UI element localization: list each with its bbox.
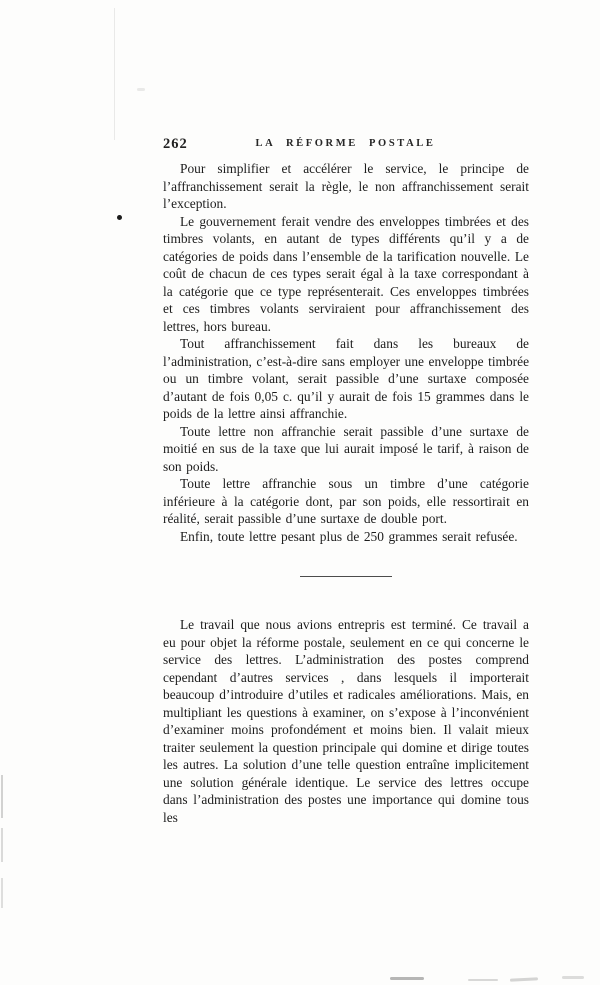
scan-artifact-line <box>1 775 3 818</box>
paragraph: Toute lettre affranchie sous un timbre d… <box>163 475 529 528</box>
scan-artifact-smudge <box>468 979 498 981</box>
scan-artifact-smudge <box>562 976 584 979</box>
paragraph: Tout affranchissement fait dans les bure… <box>163 335 529 423</box>
body-text-column: Pour simplifier et accélérer le service,… <box>163 160 529 826</box>
scan-artifact-line <box>114 8 115 140</box>
scan-artifact-smudge <box>137 88 145 91</box>
page-header: 262 LA RÉFORME POSTALE <box>163 136 528 153</box>
paragraph: Toute lettre non affranchie serait passi… <box>163 423 529 476</box>
scan-artifact-line <box>1 828 3 862</box>
paragraph: Le gouvernement ferait vendre des envelo… <box>163 213 529 336</box>
book-page-scan: 262 LA RÉFORME POSTALE Pour simplifier e… <box>0 0 600 985</box>
running-title: LA RÉFORME POSTALE <box>163 138 528 149</box>
scan-artifact-smudge <box>390 977 424 980</box>
scan-artifact-smudge <box>510 977 538 981</box>
scan-artifact-line <box>1 878 3 908</box>
paragraph: Le travail que nous avions entrepris est… <box>163 616 529 826</box>
margin-ink-dot <box>117 215 122 220</box>
paragraph: Enfin, toute lettre pesant plus de 250 g… <box>163 528 529 546</box>
paragraph: Pour simplifier et accélérer le service,… <box>163 160 529 213</box>
section-divider-rule <box>300 576 392 577</box>
